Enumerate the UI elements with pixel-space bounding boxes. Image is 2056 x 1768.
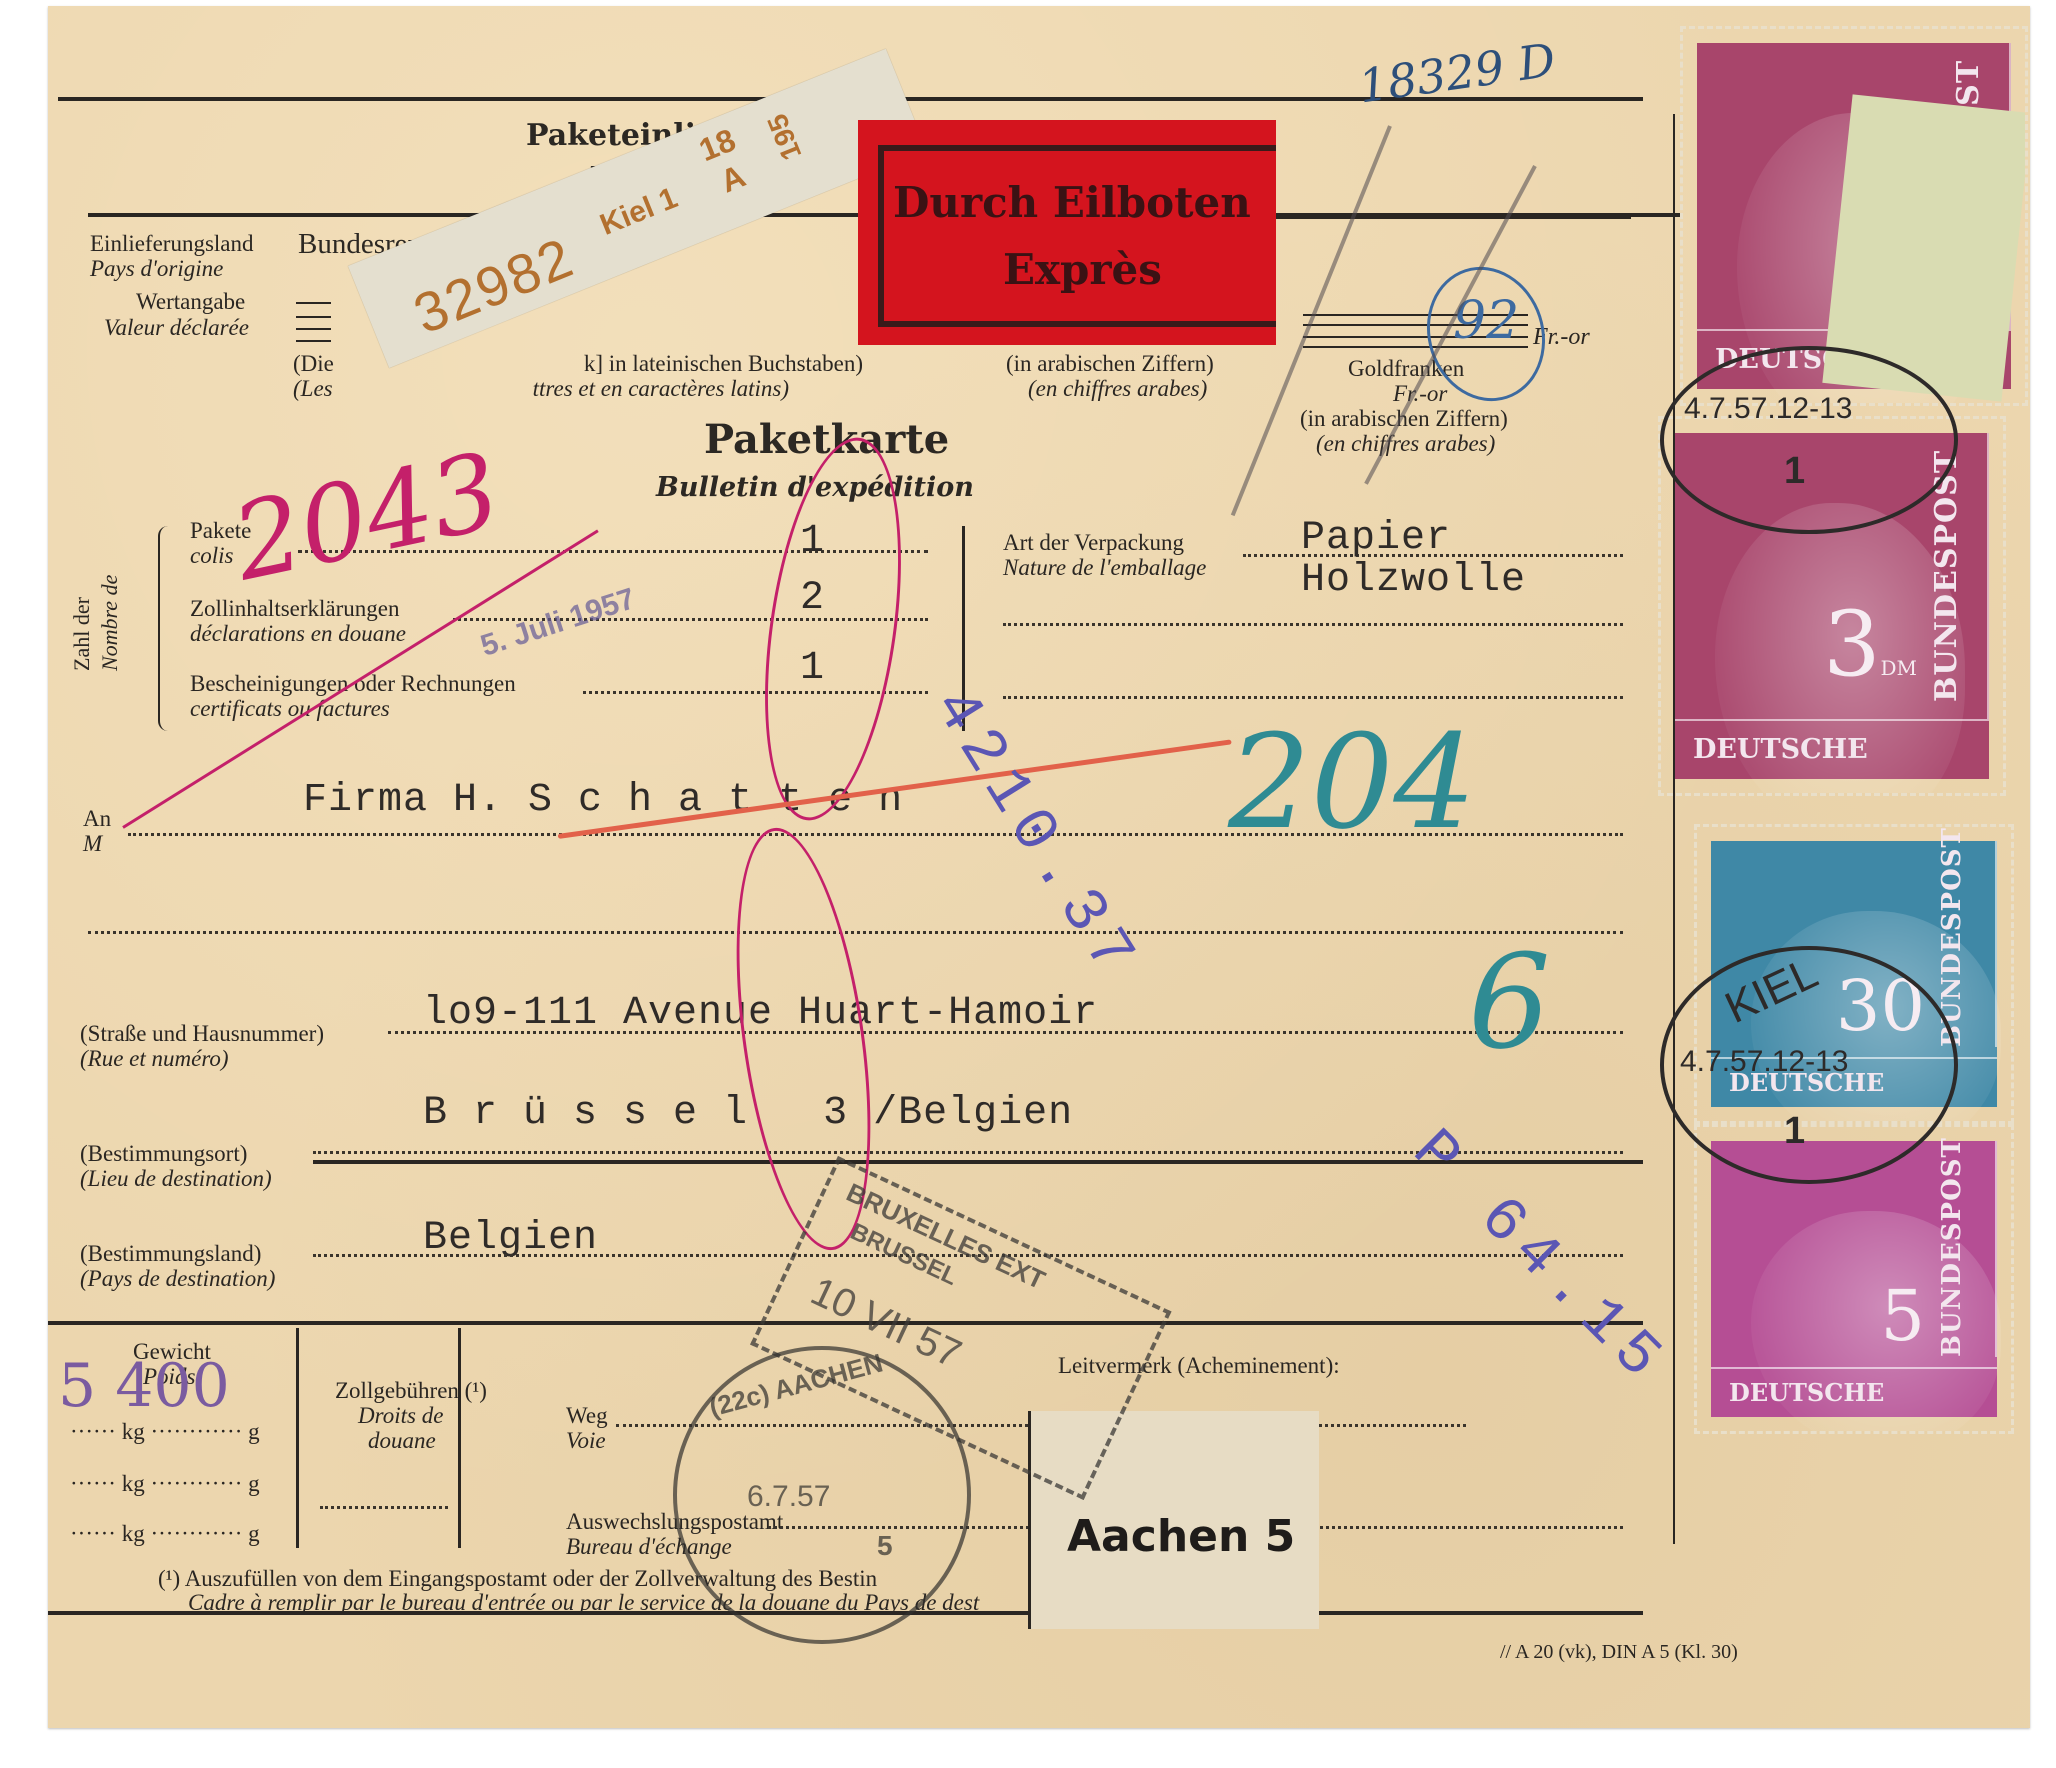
stamp-frame: BUNDESPOST DEUTSCHE (1697, 43, 2011, 389)
route-label-de: Weg (566, 1403, 608, 1429)
top-number: 18329 D (1355, 32, 1558, 113)
city-label-fr: (Lieu de destination) (80, 1166, 272, 1192)
packaging-value-0: Papier (1301, 516, 1451, 561)
stamp-frame: BUNDESPOST DEUTSCHE 5 (1711, 1141, 1997, 1417)
value-line (296, 340, 331, 342)
weight-row-1: ······ kg ············ g (70, 1471, 260, 1497)
form-code: // A 20 (vk), DIN A 5 (Kl. 30) (1500, 1639, 1738, 1665)
weight-row-2: ······ kg ············ g (70, 1521, 260, 1547)
street-label-de: (Straße und Hausnummer) (80, 1021, 324, 1047)
value-label-de: Wertangabe (136, 289, 245, 315)
value-line (296, 316, 331, 318)
count-label-de-1: Zollinhaltserklärungen (190, 596, 400, 622)
right-frame-line (1673, 114, 1675, 1544)
teal-number: 204 (1228, 706, 1476, 858)
packaging-line-3 (1003, 696, 1623, 699)
aachen-date: 6.7.57 (747, 1480, 830, 1514)
duty-label-fr-a: Droits de (358, 1403, 443, 1429)
origin-label-fr: Pays d'origine (90, 256, 223, 282)
value-hint-fr: (Lesttres et en caractères latins) (293, 376, 789, 402)
express-line2: Exprès (1003, 245, 1162, 294)
kiel-postmark-top: 4.7.57.12-13 1 (1660, 346, 1958, 534)
stamp-side-text: BUNDESPOST (1937, 841, 1997, 1047)
route-label-fr: Voie (566, 1428, 606, 1454)
stamp-country: DEUTSCHE (1675, 719, 1989, 779)
weight-divider (296, 1328, 299, 1548)
count-label-fr-1: déclarations en douane (190, 621, 406, 647)
express-label: Durch Eilboten Exprès (858, 120, 1276, 345)
arabic-de: (in arabischen Ziffern) (1006, 351, 1214, 377)
boxed-stamp-2: P 64.15 (1398, 1116, 1682, 1400)
count-label-fr-0: colis (190, 543, 233, 569)
duty-label-de: Zollgebühren (¹) (335, 1378, 487, 1404)
to-label-fr: M (83, 831, 102, 857)
stamp-value: 5 (1880, 1271, 1925, 1361)
count-group-label: Zahl derNombre de (68, 575, 124, 671)
brace (158, 526, 172, 731)
parcel-number: 32982 (405, 224, 583, 346)
parcel-side-code: 195 (761, 109, 808, 164)
magenta-number: 2043 (223, 430, 510, 605)
count-label-fr-2: certificats ou factures (190, 696, 390, 722)
duty-line (320, 1506, 448, 1509)
packaging-label-de: Art der Verpackung (1003, 530, 1184, 556)
value-line (296, 302, 331, 304)
express-frame (878, 145, 1276, 327)
stamp-side-text: BUNDESPOST (1937, 1141, 1997, 1357)
weight-row-0: ······ kg ············ g (70, 1419, 260, 1445)
kiel-postmark-bottom: KIEL 4.7.57.12-13 1 (1660, 946, 1958, 1184)
street-line (388, 1031, 1623, 1034)
date-stamp: 5. Juli 1957 (477, 582, 640, 664)
packaging-value-1: Holzwolle (1301, 558, 1526, 603)
weight-handwritten: 5 400 (58, 1351, 230, 1421)
city-value: B r ü s s e l 3 /Belgien (423, 1091, 1073, 1136)
stamp-value: 3DM (1823, 600, 1917, 713)
kiel-office-bottom: 1 (1784, 1110, 1805, 1153)
stamp-1: BUNDESPOST DEUTSCHE (1680, 26, 2028, 406)
recipient-line-2 (88, 931, 1623, 934)
parcel-card: Paketeinlieferungsnummer(n) Numéro(s) Ei… (48, 6, 2030, 1728)
packaging-line-2 (1003, 623, 1623, 626)
duty-divider (458, 1328, 461, 1548)
aachen-postmark: (22c) AACHEN 6.7.57 5 (673, 1346, 971, 1644)
packaging-label-fr: Nature de l'emballage (1003, 555, 1206, 581)
kiel-date-top: 4.7.57.12-13 (1684, 392, 1852, 426)
country-label-de: (Bestimmungsland) (80, 1241, 261, 1267)
street-label-fr: (Rue et numéro) (80, 1046, 229, 1072)
parcel-office: Kiel 1 (596, 181, 683, 243)
aachen-city: (22c) AACHEN (706, 1347, 886, 1423)
to-label-de: An (83, 806, 111, 832)
kiel-city: KIEL (1718, 948, 1826, 1034)
value-label-fr: Valeur déclarée (104, 315, 249, 341)
country-label-fr: (Pays de destination) (80, 1266, 275, 1292)
express-line1: Durch Eilboten (893, 178, 1251, 227)
exchange-office-text: Aachen 5 (1067, 1511, 1295, 1562)
duty-label-fr-b: douane (368, 1428, 436, 1454)
teal-number-2: 6 (1468, 926, 1551, 1078)
parcel-code-bottom: A (715, 157, 750, 200)
kiel-date-bottom: 4.7.57.12-13 (1680, 1045, 1848, 1079)
stamp-country: DEUTSCHE (1711, 1367, 1997, 1417)
value-line (296, 328, 331, 330)
arabic2-fr: (en chiffres arabes) (1316, 431, 1495, 457)
city-label-de: (Bestimmungsort) (80, 1141, 247, 1167)
arabic-fr: (en chiffres arabes) (1028, 376, 1207, 402)
origin-label-de: Einlieferungsland (90, 231, 254, 257)
value-hint-de: (Diek] in lateinischen Buchstaben) (293, 351, 863, 377)
kiel-office-top: 1 (1784, 450, 1805, 493)
aachen-office: 5 (877, 1530, 893, 1562)
